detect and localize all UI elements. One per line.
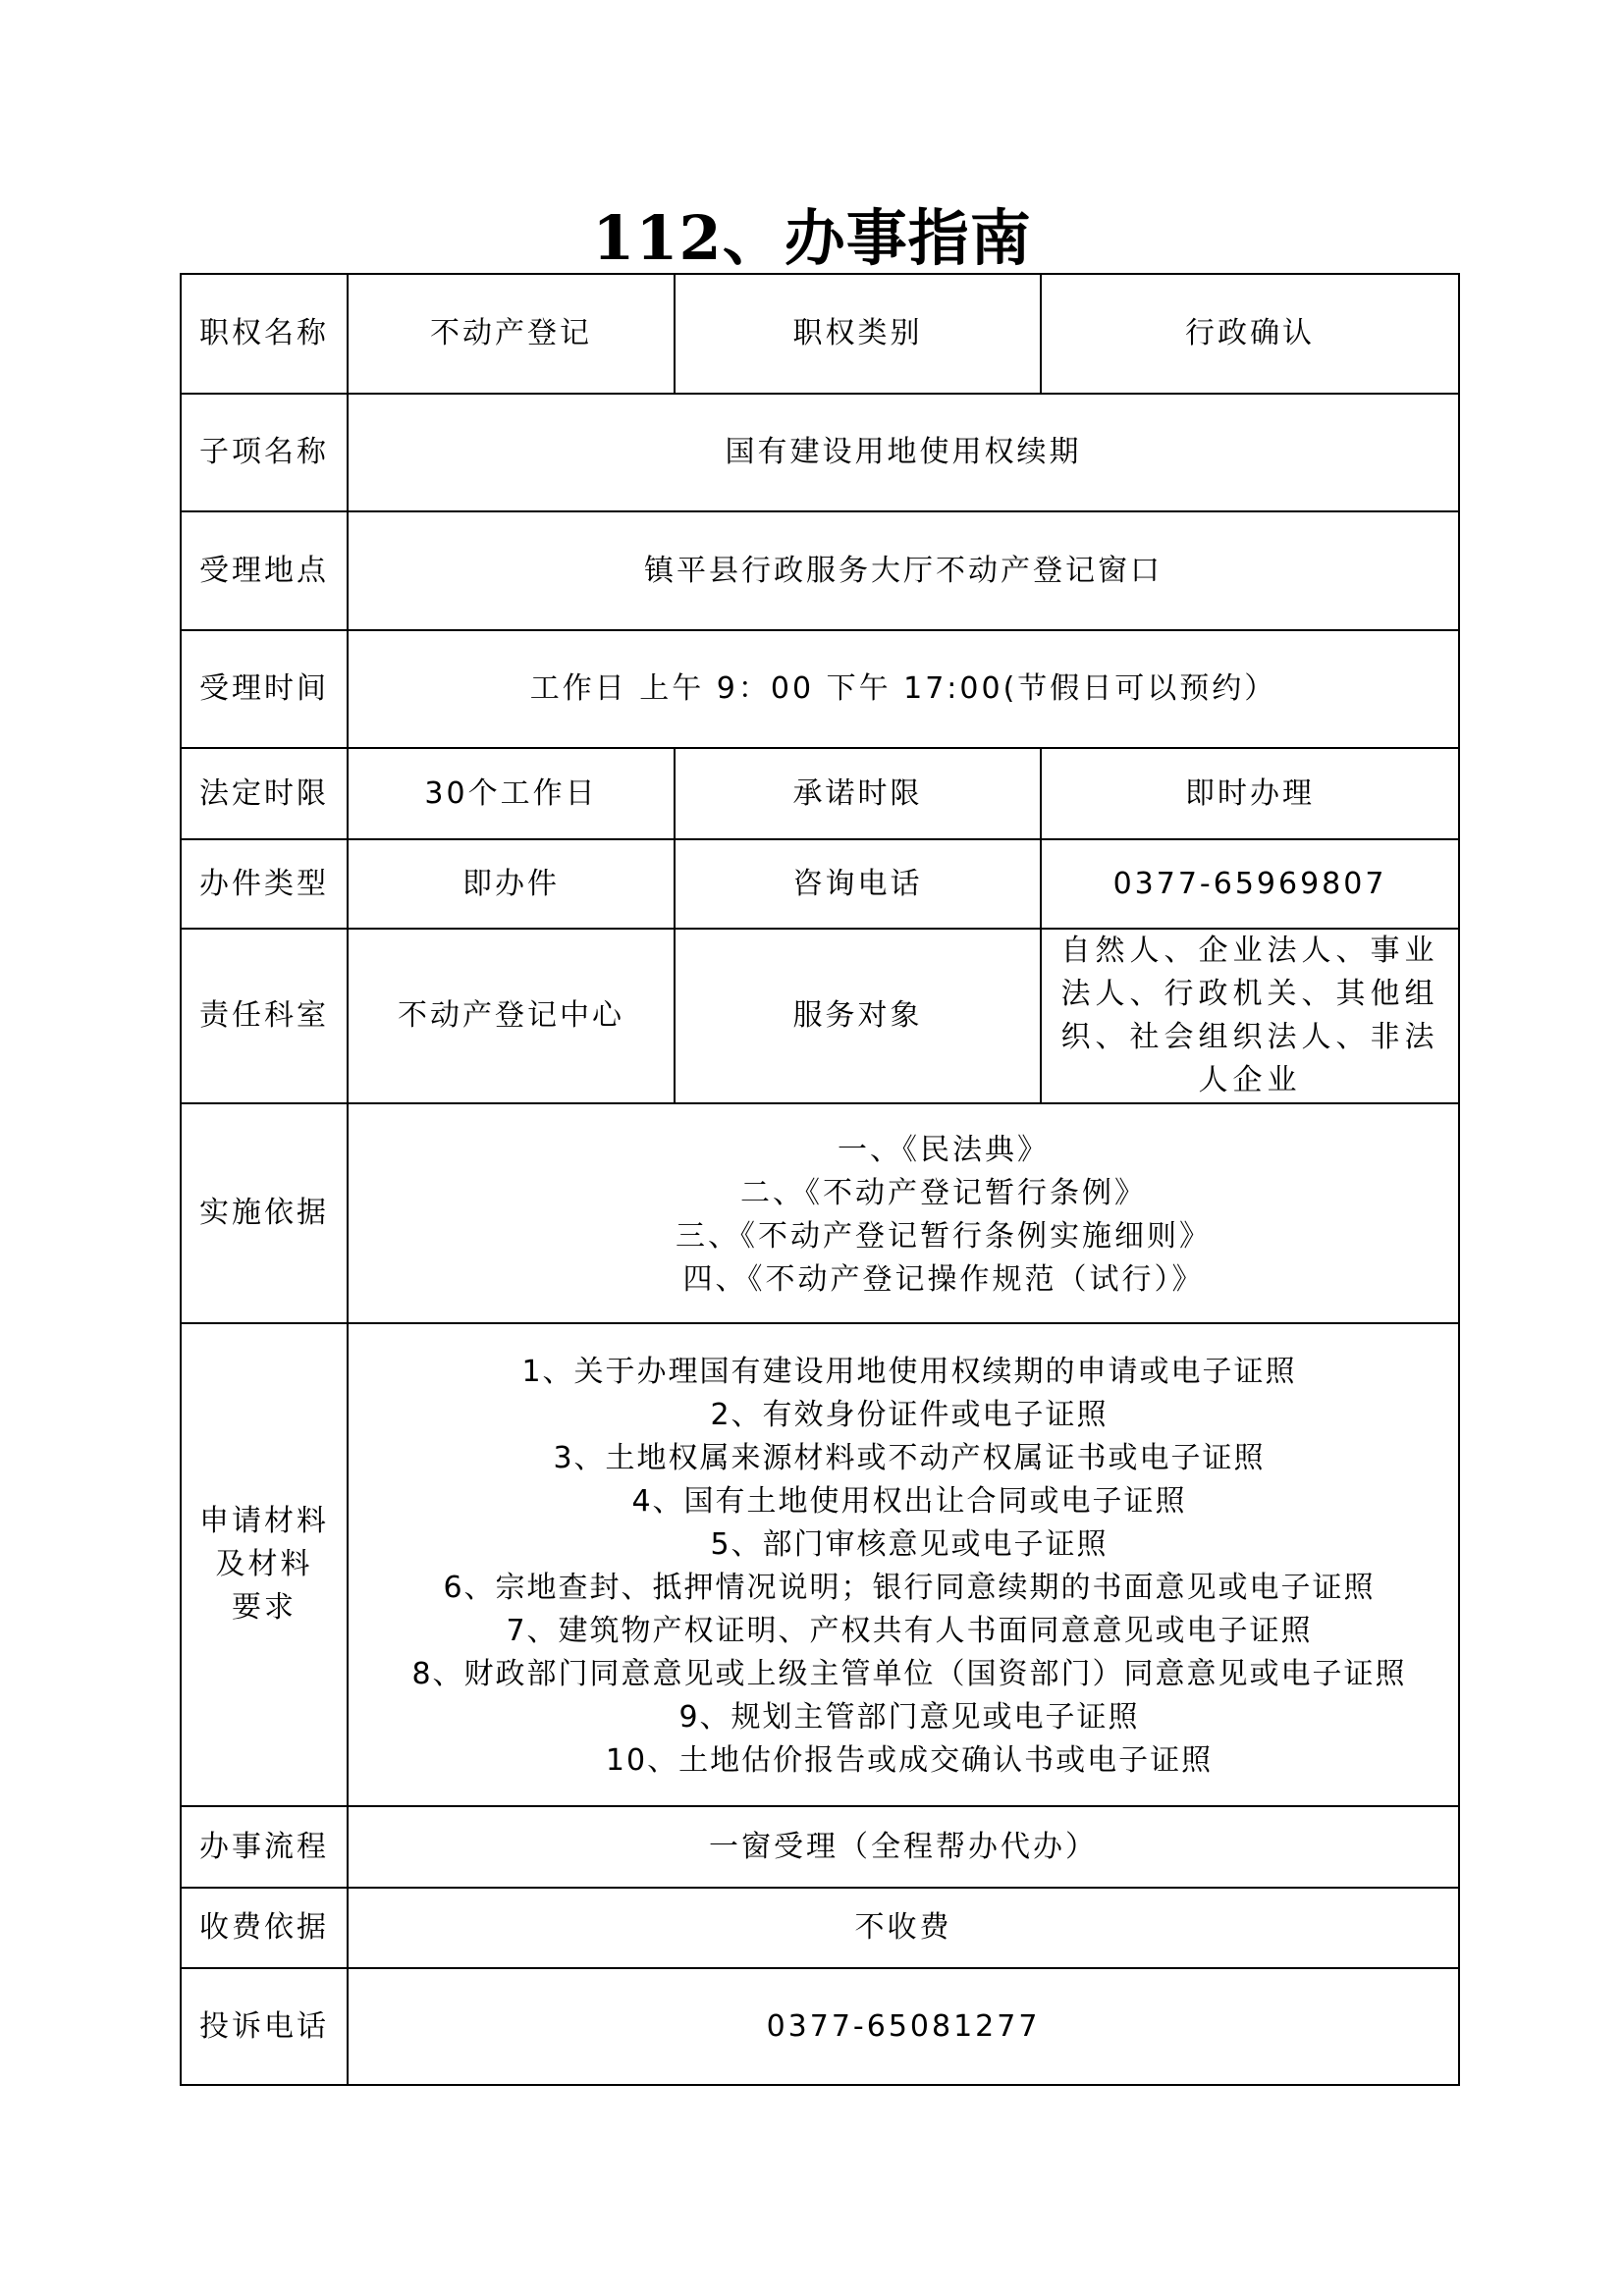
material-item: 2、有效身份证件或电子证照 [360,1394,1458,1437]
row-materials: 申请材料 及材料 要求 1、关于办理国有建设用地使用权续期的申请或电子证照 2、… [181,1323,1459,1806]
material-item: 4、国有土地使用权出让合同或电子证照 [360,1480,1458,1523]
row-process: 办事流程 一窗受理（全程帮办代办） [181,1806,1459,1888]
material-item: 8、财政部门同意意见或上级主管单位（国资部门）同意意见或电子证照 [360,1653,1458,1696]
value-materials: 1、关于办理国有建设用地使用权续期的申请或电子证照 2、有效身份证件或电子证照 … [348,1323,1459,1806]
label-materials-line: 申请材料 [182,1500,347,1543]
label-consult-phone: 咨询电话 [675,839,1041,929]
basis-item: 四、《不动产登记操作规范（试行）》 [429,1258,1458,1302]
service-target-line: 法人、行政机关、其他组 [1042,973,1458,1016]
value-sub-item: 国有建设用地使用权续期 [348,394,1459,511]
row-department: 责任科室 不动产登记中心 服务对象 自然人、企业法人、事业 法人、行政机关、其他… [181,929,1459,1103]
material-item: 5、部门审核意见或电子证照 [360,1523,1458,1567]
label-legal-limit: 法定时限 [181,748,348,839]
label-basis: 实施依据 [181,1103,348,1323]
label-case-type: 办件类型 [181,839,348,929]
label-process: 办事流程 [181,1806,348,1888]
value-authority-category: 行政确认 [1041,274,1459,394]
service-target-line: 织、社会组织法人、非法 [1042,1016,1458,1059]
label-fee: 收费依据 [181,1888,348,1968]
value-fee: 不收费 [348,1888,1459,1968]
material-item: 1、关于办理国有建设用地使用权续期的申请或电子证照 [360,1351,1458,1394]
label-materials: 申请材料 及材料 要求 [181,1323,348,1806]
row-legal-limit: 法定时限 30个工作日 承诺时限 即时办理 [181,748,1459,839]
row-fee: 收费依据 不收费 [181,1888,1459,1968]
label-promised-limit: 承诺时限 [675,748,1041,839]
value-promised-limit: 即时办理 [1041,748,1459,839]
label-service-target: 服务对象 [675,929,1041,1103]
basis-item: 三、《不动产登记暂行条例实施细则》 [429,1215,1458,1258]
value-hours: 工作日 上午 9：00 下午 17:00(节假日可以预约） [348,630,1459,748]
label-materials-line: 及材料 [182,1543,347,1586]
label-sub-item: 子项名称 [181,394,348,511]
row-basis: 实施依据 一、《民法典》 二、《不动产登记暂行条例》 三、《不动产登记暂行条例实… [181,1103,1459,1323]
label-materials-line: 要求 [182,1586,347,1629]
row-authority-name: 职权名称 不动产登记 职权类别 行政确认 [181,274,1459,394]
value-legal-limit: 30个工作日 [348,748,675,839]
material-item: 3、土地权属来源材料或不动产权属证书或电子证照 [360,1437,1458,1480]
material-item: 9、规划主管部门意见或电子证照 [360,1696,1458,1739]
service-guide-table: 职权名称 不动产登记 职权类别 行政确认 子项名称 国有建设用地使用权续期 受理… [180,273,1460,2086]
label-department: 责任科室 [181,929,348,1103]
material-item: 10、土地估价报告或成交确认书或电子证照 [360,1739,1458,1783]
value-basis: 一、《民法典》 二、《不动产登记暂行条例》 三、《不动产登记暂行条例实施细则》 … [348,1103,1459,1323]
basis-item: 二、《不动产登记暂行条例》 [429,1172,1458,1215]
row-location: 受理地点 镇平县行政服务大厅不动产登记窗口 [181,511,1459,630]
row-complaint: 投诉电话 0377-65081277 [181,1968,1459,2085]
value-case-type: 即办件 [348,839,675,929]
page-title: 112、办事指南 [0,201,1624,276]
value-complaint-phone: 0377-65081277 [348,1968,1459,2085]
basis-item: 一、《民法典》 [429,1129,1458,1172]
value-consult-phone: 0377-65969807 [1041,839,1459,929]
value-service-target: 自然人、企业法人、事业 法人、行政机关、其他组 织、社会组织法人、非法 人企业 [1041,929,1459,1103]
value-authority-name: 不动产登记 [348,274,675,394]
label-complaint: 投诉电话 [181,1968,348,2085]
service-target-line: 人企业 [1042,1059,1458,1102]
label-location: 受理地点 [181,511,348,630]
value-location: 镇平县行政服务大厅不动产登记窗口 [348,511,1459,630]
row-case-type: 办件类型 即办件 咨询电话 0377-65969807 [181,839,1459,929]
row-sub-item: 子项名称 国有建设用地使用权续期 [181,394,1459,511]
row-hours: 受理时间 工作日 上午 9：00 下午 17:00(节假日可以预约） [181,630,1459,748]
label-authority-name: 职权名称 [181,274,348,394]
value-department: 不动产登记中心 [348,929,675,1103]
service-target-line: 自然人、企业法人、事业 [1042,930,1458,973]
label-authority-category: 职权类别 [675,274,1041,394]
value-process: 一窗受理（全程帮办代办） [348,1806,1459,1888]
material-item: 6、宗地查封、抵押情况说明；银行同意续期的书面意见或电子证照 [360,1567,1458,1610]
material-item: 7、建筑物产权证明、产权共有人书面同意意见或电子证照 [360,1610,1458,1653]
label-hours: 受理时间 [181,630,348,748]
